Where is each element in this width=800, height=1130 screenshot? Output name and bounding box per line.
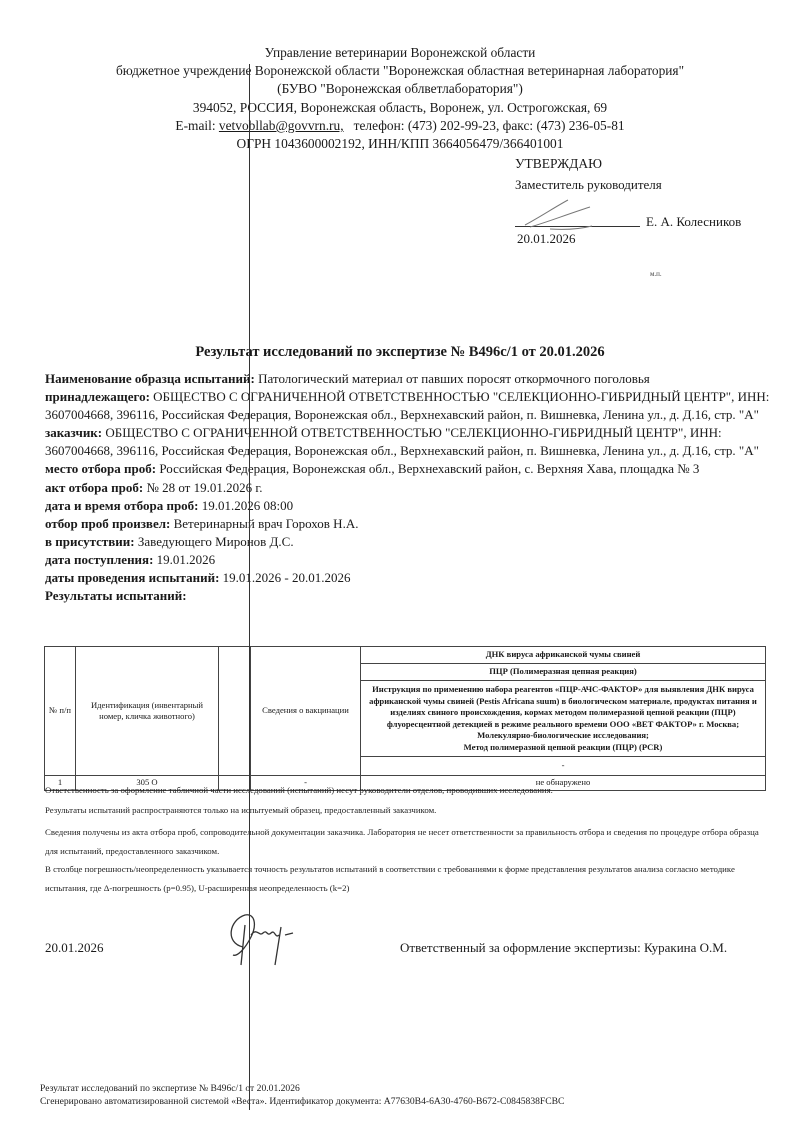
stamp-mark: м.п. — [650, 270, 662, 278]
org-parent: Управление ветеринарии Воронежской облас… — [0, 44, 800, 62]
test-method-short: ПЦР (Полимеразная цепная реакция) — [361, 664, 766, 681]
col-id-header: Идентификация (инвентарный номер, кличка… — [76, 647, 219, 776]
approval-heading: УТВЕРЖДАЮ — [515, 156, 602, 172]
sample-details: Наименование образца испытаний: Патологи… — [45, 370, 770, 605]
test-indicator: ДНК вируса африканской чумы свиней — [361, 647, 766, 664]
owner-row: принадлежащего: ОБЩЕСТВО С ОГРАНИЧЕННОЙ … — [45, 388, 770, 424]
email-link[interactable]: vetvobllab@govvrn.ru, — [219, 118, 344, 133]
test-dates-row: даты проведения испытаний: 19.01.2026 - … — [45, 569, 770, 587]
col-empty-header — [219, 647, 251, 776]
note-scope: Результаты испытаний распространяются то… — [45, 805, 770, 816]
sampling-act-row: акт отбора проб: № 28 от 19.01.2026 г. — [45, 479, 770, 497]
approval-signature-icon — [520, 195, 600, 235]
received-row: дата поступления: 19.01.2026 — [45, 551, 770, 569]
approval-date: 20.01.2026 — [517, 231, 576, 247]
note-sampling: Сведения получены из акта отбора проб, с… — [45, 823, 770, 861]
note-responsibility: Ответственность за оформление табличной … — [45, 785, 770, 796]
results-table: № п/п Идентификация (инвентарный номер, … — [44, 646, 766, 791]
responsible-person: Ответственный за оформление экспертизы: … — [400, 940, 727, 956]
approval-name: Е. А. Колесников — [646, 214, 741, 230]
footer-generated: Сгенерировано автоматизированной системо… — [40, 1096, 564, 1108]
col-num-header: № п/п — [45, 647, 76, 776]
sampling-datetime-row: дата и время отбора проб: 19.01.2026 08:… — [45, 497, 770, 515]
document-title: Результат исследований по экспертизе № В… — [0, 344, 800, 361]
org-short-name: (БУВО "Воронежская облветлаборатория") — [0, 80, 800, 98]
sample-name-row: Наименование образца испытаний: Патологи… — [45, 370, 770, 388]
presence-row: в присутствии: Заведующего Миронов Д.С. — [45, 533, 770, 551]
note-uncertainty: В столбце погрешность/неопределенность у… — [45, 860, 770, 898]
responsible-signature-icon — [215, 905, 315, 975]
phones: телефон: (473) 202-99-23, факс: (473) 23… — [354, 118, 625, 133]
col-vacc-header: Сведения о вакцинации — [251, 647, 361, 776]
test-norm: - — [361, 757, 766, 776]
table-header-row: № п/п Идентификация (инвентарный номер, … — [45, 647, 766, 664]
customer-row: заказчик: ОБЩЕСТВО С ОГРАНИЧЕННОЙ ОТВЕТС… — [45, 424, 770, 460]
org-registration: ОГРН 1043600002192, ИНН/КПП 3664056479/3… — [0, 135, 800, 153]
org-address: 394052, РОССИЯ, Воронежская область, Вор… — [0, 99, 800, 117]
org-contacts: E-mail: vetvobllab@govvrn.ru, телефон: (… — [0, 117, 800, 135]
sampling-place-row: место отбора проб: Российская Федерация,… — [45, 460, 770, 478]
email-label: E-mail: — [175, 118, 215, 133]
footer-reference: Результат исследований по экспертизе № В… — [40, 1083, 300, 1095]
sampled-by-row: отбор проб произвел: Ветеринарный врач Г… — [45, 515, 770, 533]
signoff-date: 20.01.2026 — [45, 940, 104, 956]
org-name: бюджетное учреждение Воронежской области… — [0, 62, 800, 80]
results-heading: Результаты испытаний: — [45, 587, 770, 605]
test-method-doc: Инструкция по применению набора реагенто… — [361, 681, 766, 757]
scan-line-artifact — [249, 64, 250, 1110]
approval-position: Заместитель руководителя — [515, 177, 662, 193]
